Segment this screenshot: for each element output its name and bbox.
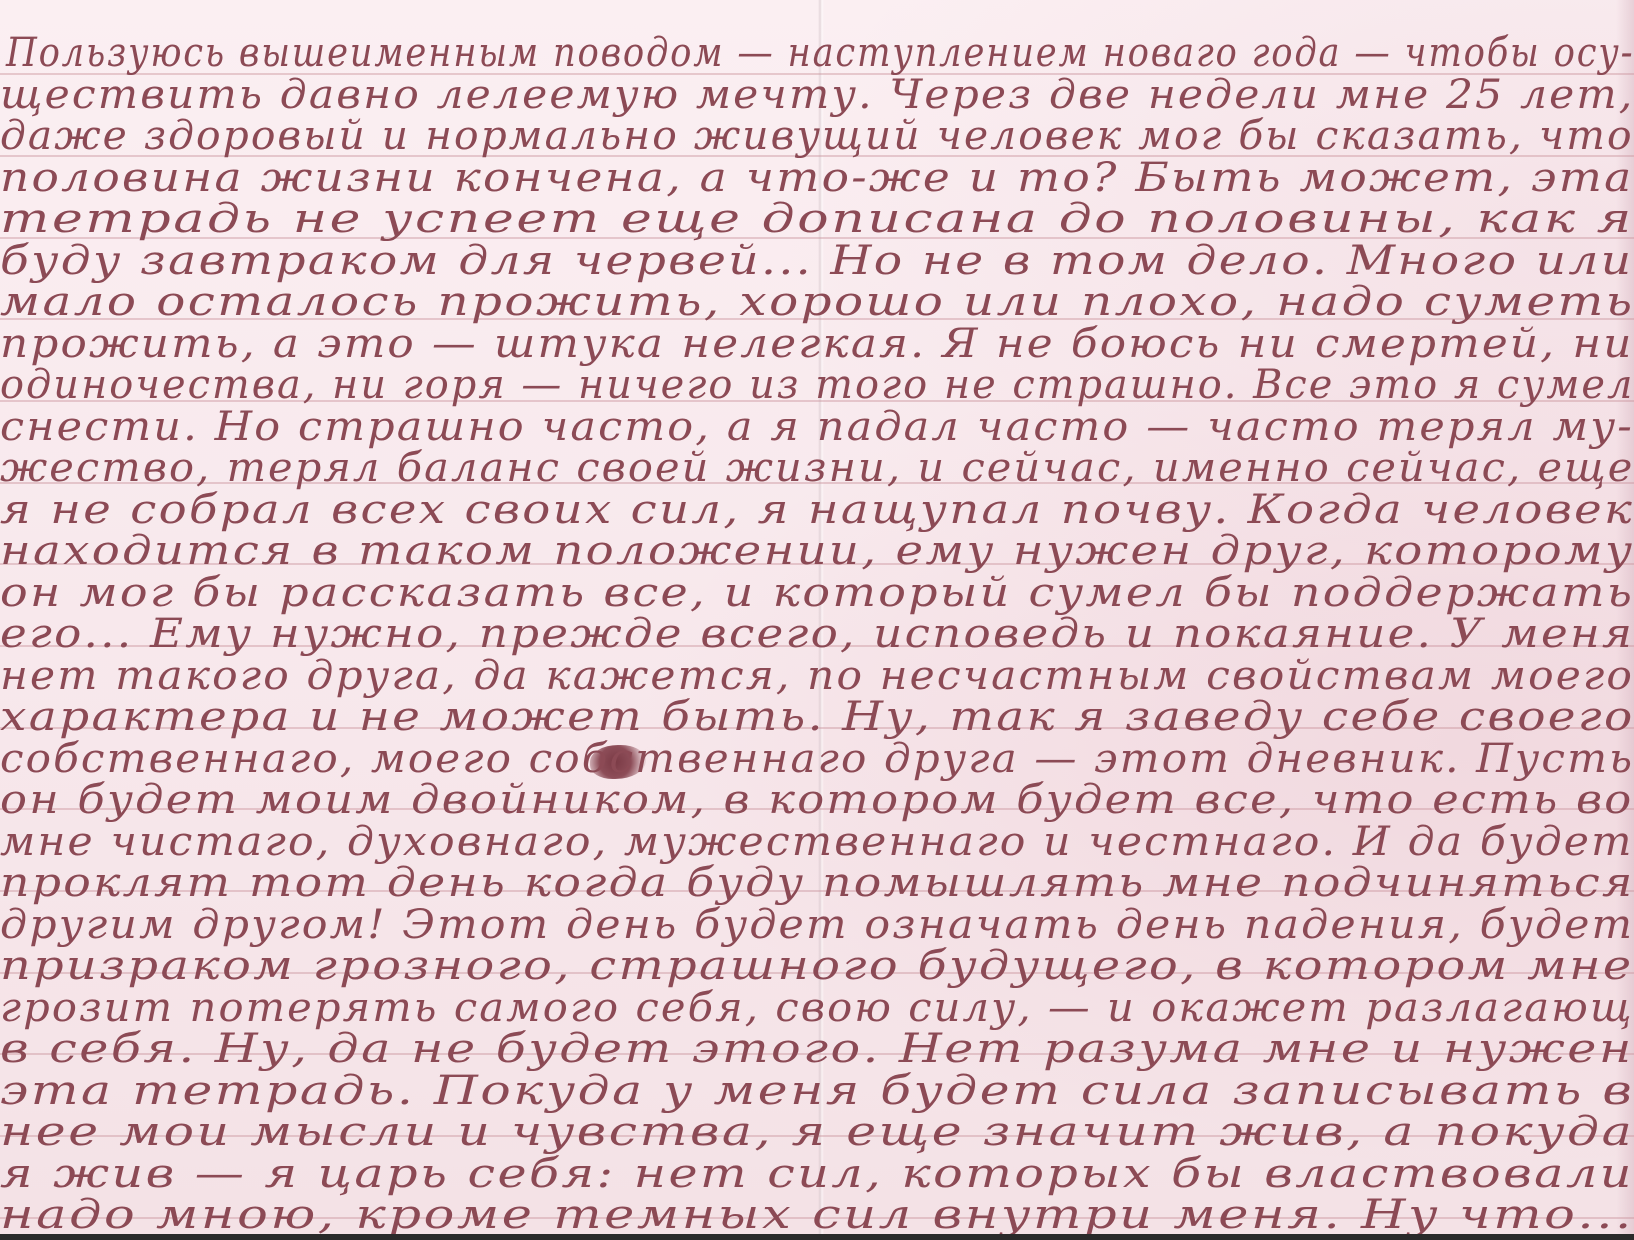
text-line: в себя. Ну, да не будет этого. Нет разум… <box>0 1026 1634 1072</box>
text-line: призраком грозного, страшного будущего, … <box>0 943 1633 989</box>
page-bottom-edge <box>0 1234 1634 1240</box>
text-line: Пользуюсь вышеименным поводом — наступле… <box>6 30 1634 76</box>
text-line: тетрадь не успеет еще дописана до полови… <box>0 196 1634 242</box>
text-line: эта тетрадь. Покуда у меня будет сила за… <box>0 1068 1634 1114</box>
text-line: прожить, а это — штука нелегкая. Я не бо… <box>0 321 1634 367</box>
text-line: снести. Но страшно часто, а я падал част… <box>0 404 1634 450</box>
text-line: мне чистаго, духовнаго, мужественнаго и … <box>0 819 1634 865</box>
text-line: мало осталось прожить, хорошо или плохо,… <box>0 279 1634 325</box>
text-line: собственнаго, моего собственнаго друга —… <box>0 736 1634 782</box>
text-line: находится в таком положении, ему нужен д… <box>0 528 1634 574</box>
text-line: грозит потерять самого себя, свою силу, … <box>0 985 1634 1031</box>
text-line: характера и не может быть. Ну, так я зав… <box>0 694 1634 740</box>
text-line: ществить давно лелеемую мечту. Через две… <box>0 72 1634 118</box>
text-line: буду завтраком для червей... Но не в том… <box>0 238 1633 284</box>
text-line: даже здоровый и нормально живущий челове… <box>0 113 1634 159</box>
diary-page: Пользуюсь вышеименным поводом — наступле… <box>0 0 1634 1240</box>
text-line: другим другом! Этот день будет означать … <box>0 902 1634 948</box>
text-line: одиночества, ни горя — ничего из того не… <box>0 362 1634 408</box>
text-line: надо мною, кроме темных сил внутри меня.… <box>0 1192 1634 1238</box>
text-line: его... Ему нужно, прежде всего, исповедь… <box>0 611 1634 657</box>
text-line: он будет моим двойником, в котором будет… <box>0 777 1633 823</box>
text-line: половина жизни кончена, а что-же и то? Б… <box>0 155 1633 201</box>
text-line: нет такого друга, да кажется, по несчаст… <box>0 653 1634 699</box>
text-line: он мог бы рассказать все, и который суме… <box>0 570 1634 616</box>
text-line: нее мои мысли и чувства, я еще значит жи… <box>0 1109 1634 1155</box>
text-line: жество, терял баланс своей жизни, и сейч… <box>0 445 1634 491</box>
text-line: я не собрал всех своих сил, я нащупал по… <box>0 487 1634 533</box>
text-line: проклят тот день когда буду помышлять мн… <box>0 860 1634 906</box>
text-line: я жив — я царь себя: нет сил, которых бы… <box>0 1151 1634 1197</box>
